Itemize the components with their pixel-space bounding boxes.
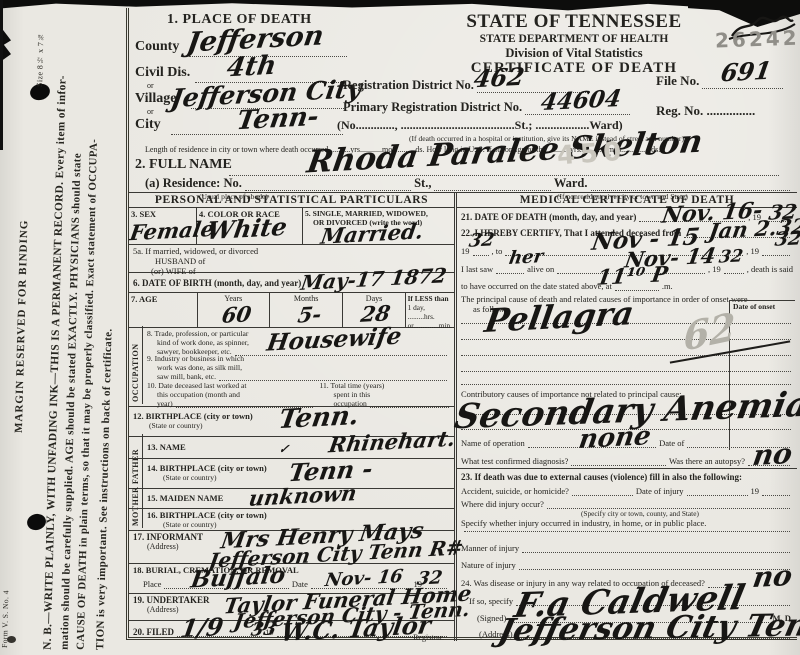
full-name-label: 2. FULL NAME [135, 157, 232, 173]
residence-line: (a) Residence: No. St., Ward. [145, 176, 793, 191]
physician-address-value: Jefferson City Tenn [495, 610, 800, 647]
form-columns: PERSONAL AND STATISTICAL PARTICULARS 3. … [129, 192, 797, 641]
autopsy-row: What test confirmed diagnosis? Was there… [457, 451, 797, 469]
personal-section-title: PERSONAL AND STATISTICAL PARTICULARS [129, 193, 454, 208]
dob-value: May-17 1872 [300, 265, 448, 293]
attended-year1-value: 32 [468, 231, 496, 250]
operation-label: Name of operation [461, 438, 525, 448]
r22-lastsaw3: , death is said [747, 264, 793, 274]
medical-certificate-column: MEDICAL CERTIFICATE OF DEATH 21. DATE OF… [456, 193, 797, 641]
occupation-value: Housewife [265, 324, 403, 354]
onset-pencil-note: 62 [684, 307, 736, 357]
specify-label: Specify whether injury occurred in indus… [461, 518, 793, 528]
autopsy-value: no [751, 440, 794, 470]
operation-row: Name of operation Date of none [457, 433, 797, 451]
dept-title: STATE DEPARTMENT OF HEALTH [457, 33, 691, 45]
r22-to: , to [492, 246, 503, 256]
operation-value: none [577, 423, 653, 453]
personal-particulars-column: PERSONAL AND STATISTICAL PARTICULARS 3. … [129, 193, 455, 641]
accident-label: Accident, suicide, or homicide? [461, 486, 569, 496]
age-years-value: 60 [220, 303, 253, 326]
father-name-value: Rhinehart. [327, 428, 456, 456]
last-worked-row: 10. Date deceased last worked at this oc… [129, 380, 454, 407]
r18-date-label: Date [292, 579, 308, 589]
scan-left-edge [0, 0, 3, 150]
r5a-line1: 5a. If married, widowed, or divorced [133, 246, 450, 256]
filed-year-value: 33 [250, 620, 278, 639]
r23-label: 23. If death was due to external causes … [461, 472, 793, 482]
division-title: Division of Vital Statistics [457, 46, 691, 61]
full-name-value: Rhoda Paralee Skelton [305, 127, 705, 179]
filed-date-value: 1/9 [179, 615, 225, 641]
informant-row: 17. INFORMANT (Address) Mrs Henry Mays J… [129, 531, 454, 564]
injury-19-label: 19 [751, 486, 760, 496]
r10-line2: this occupation (month and [147, 390, 316, 399]
margin-binding-note: MARGIN RESERVED FOR BINDING [13, 268, 34, 433]
certify-row: 22. I HEREBY CERTIFY, That I attended de… [457, 225, 797, 293]
date-of-birth-row: 6. DATE OF BIRTH (month, day, and year) … [129, 273, 454, 293]
r11-line1: 11. Total time (years) [320, 381, 453, 390]
r11-line2: spent in this [320, 390, 453, 399]
ifso-label: If so, specify [461, 596, 513, 606]
reg-no-label: Reg. No. ............... [656, 103, 755, 119]
state-title: STATE OF TENNESSEE [457, 11, 691, 33]
city-label: City [135, 117, 161, 133]
stamp-number: 26242 [715, 26, 800, 53]
specify-note: (Specify city or town, county, and State… [461, 509, 793, 518]
form-header: 1. PLACE OF DEATH County Jefferson Civil… [129, 8, 797, 192]
or-label-1: or [147, 81, 154, 90]
marital-label-1: 5. SINGLE, MARRIED, WIDOWED, [305, 209, 452, 218]
father-name-check: ✓ [278, 443, 290, 456]
sex-color-marital-row: 3. SEX Female 4. COLOR OR RACE White 5. … [129, 208, 454, 245]
onset-box-top-border [729, 300, 795, 301]
certificate-form: 1. PLACE OF DEATH County Jefferson Civil… [126, 8, 797, 640]
nature-of-injury-row: Nature of injury [457, 556, 797, 573]
where-label: Where did injury occur? [461, 499, 544, 509]
st-label: St., [414, 176, 431, 191]
ward-label: Ward. [554, 176, 588, 191]
marital-value: Married. [319, 220, 425, 247]
external-causes-block: 23. If death was due to external causes … [457, 469, 797, 538]
manner-of-injury-row: Manner of injury [457, 538, 797, 556]
margin-form-number: Form V. S. No. 4 [0, 570, 13, 648]
r22-occurred: to have occurred on the date stated abov… [461, 281, 612, 291]
time-of-death-value: 11¹⁰ P [595, 263, 669, 288]
if-less-line2: 1 day, .........hrs. [408, 303, 452, 321]
filed-row: 20. FILED 19 Registrar. 1/9 33 W.C. Tayl… [129, 621, 454, 644]
principal-cause-block: The principal cause of death and related… [457, 293, 797, 386]
color-race-value: White [205, 215, 289, 243]
age-months-value: 5- [296, 303, 323, 325]
primary-reg-value: 44604 [539, 87, 623, 114]
trade-row: 8. Trade, profession, or particular kind… [129, 328, 454, 353]
burial-place-value: Buffalo [189, 563, 287, 591]
manner-label: Manner of injury [461, 543, 519, 553]
occupation-related-value: no [751, 562, 794, 592]
nature-label: Nature of injury [461, 560, 516, 570]
reg-district-label: Registration District No. [343, 78, 474, 93]
civil-dis-label: Civil Dis. [135, 65, 190, 81]
date-injury-label: Date of injury [636, 486, 684, 496]
civil-dis-value: 4th [225, 53, 278, 82]
death-certificate-scan: Form V. S. No. 4 MARGIN RESERVED FOR BIN… [0, 0, 800, 655]
onset-label: Date of onset [733, 302, 775, 311]
test-label: What test confirmed diagnosis? [461, 456, 568, 466]
residence-label: (a) Residence: No. [145, 176, 242, 191]
or-label-2: or [147, 107, 154, 116]
if-less-line1: If LESS than [408, 294, 452, 303]
lastsaw-pronoun-value: her [508, 248, 545, 268]
age-row: 7. AGE Years 60 Months 5- Days 28 If [129, 293, 454, 328]
r20-label: 20. FILED [133, 627, 174, 637]
county-label: County [135, 39, 179, 55]
r21-label: 21. DATE OF DEATH (month, day, and year) [461, 212, 636, 222]
autopsy-label: Was there an autopsy? [669, 456, 745, 466]
r18-place-label: Place [133, 579, 161, 589]
industry-row: 9. Industry or business in which work wa… [129, 353, 454, 380]
maiden-name-row: 15. MAIDEN NAME unknown [129, 489, 454, 509]
age-label: 7. AGE [131, 294, 195, 304]
age-days-value: 28 [360, 302, 393, 325]
birthplace-value: Tenn. [277, 403, 361, 433]
r9-line2: work was done, as silk mill, [147, 363, 450, 372]
faint-stamp-450: 450 [556, 137, 627, 172]
date-of-label: Date of [659, 438, 684, 448]
file-no-value: 691 [719, 59, 773, 86]
attended-year2-value: 32 [773, 229, 800, 250]
maiden-name-value: unknown [247, 482, 358, 509]
r22-y2: , 19 [746, 246, 759, 256]
r22-lastsaw1: I last saw [461, 264, 493, 274]
r10-line1: 10. Date deceased last worked at [147, 381, 316, 390]
file-no-label: File No. [656, 73, 699, 89]
primary-reg-label: Primary Registration District No. [343, 100, 522, 115]
reg-district-value: 462 [472, 65, 526, 92]
principal-cause-value: Pellagra [483, 297, 636, 337]
signed-label: (Signed) [461, 613, 506, 623]
margin-size-note: Size 8½ x 7¾ [35, 13, 49, 87]
r9-line1: 9. Industry or business in which [147, 354, 450, 363]
father-name-row: 13. NAME ✓ Rhinehart. [129, 437, 454, 459]
registrar-signature-value: W.C. Taylor [279, 613, 432, 645]
lastsaw-year-value: 32 [718, 248, 744, 266]
city-value: Tenn- [235, 104, 321, 135]
